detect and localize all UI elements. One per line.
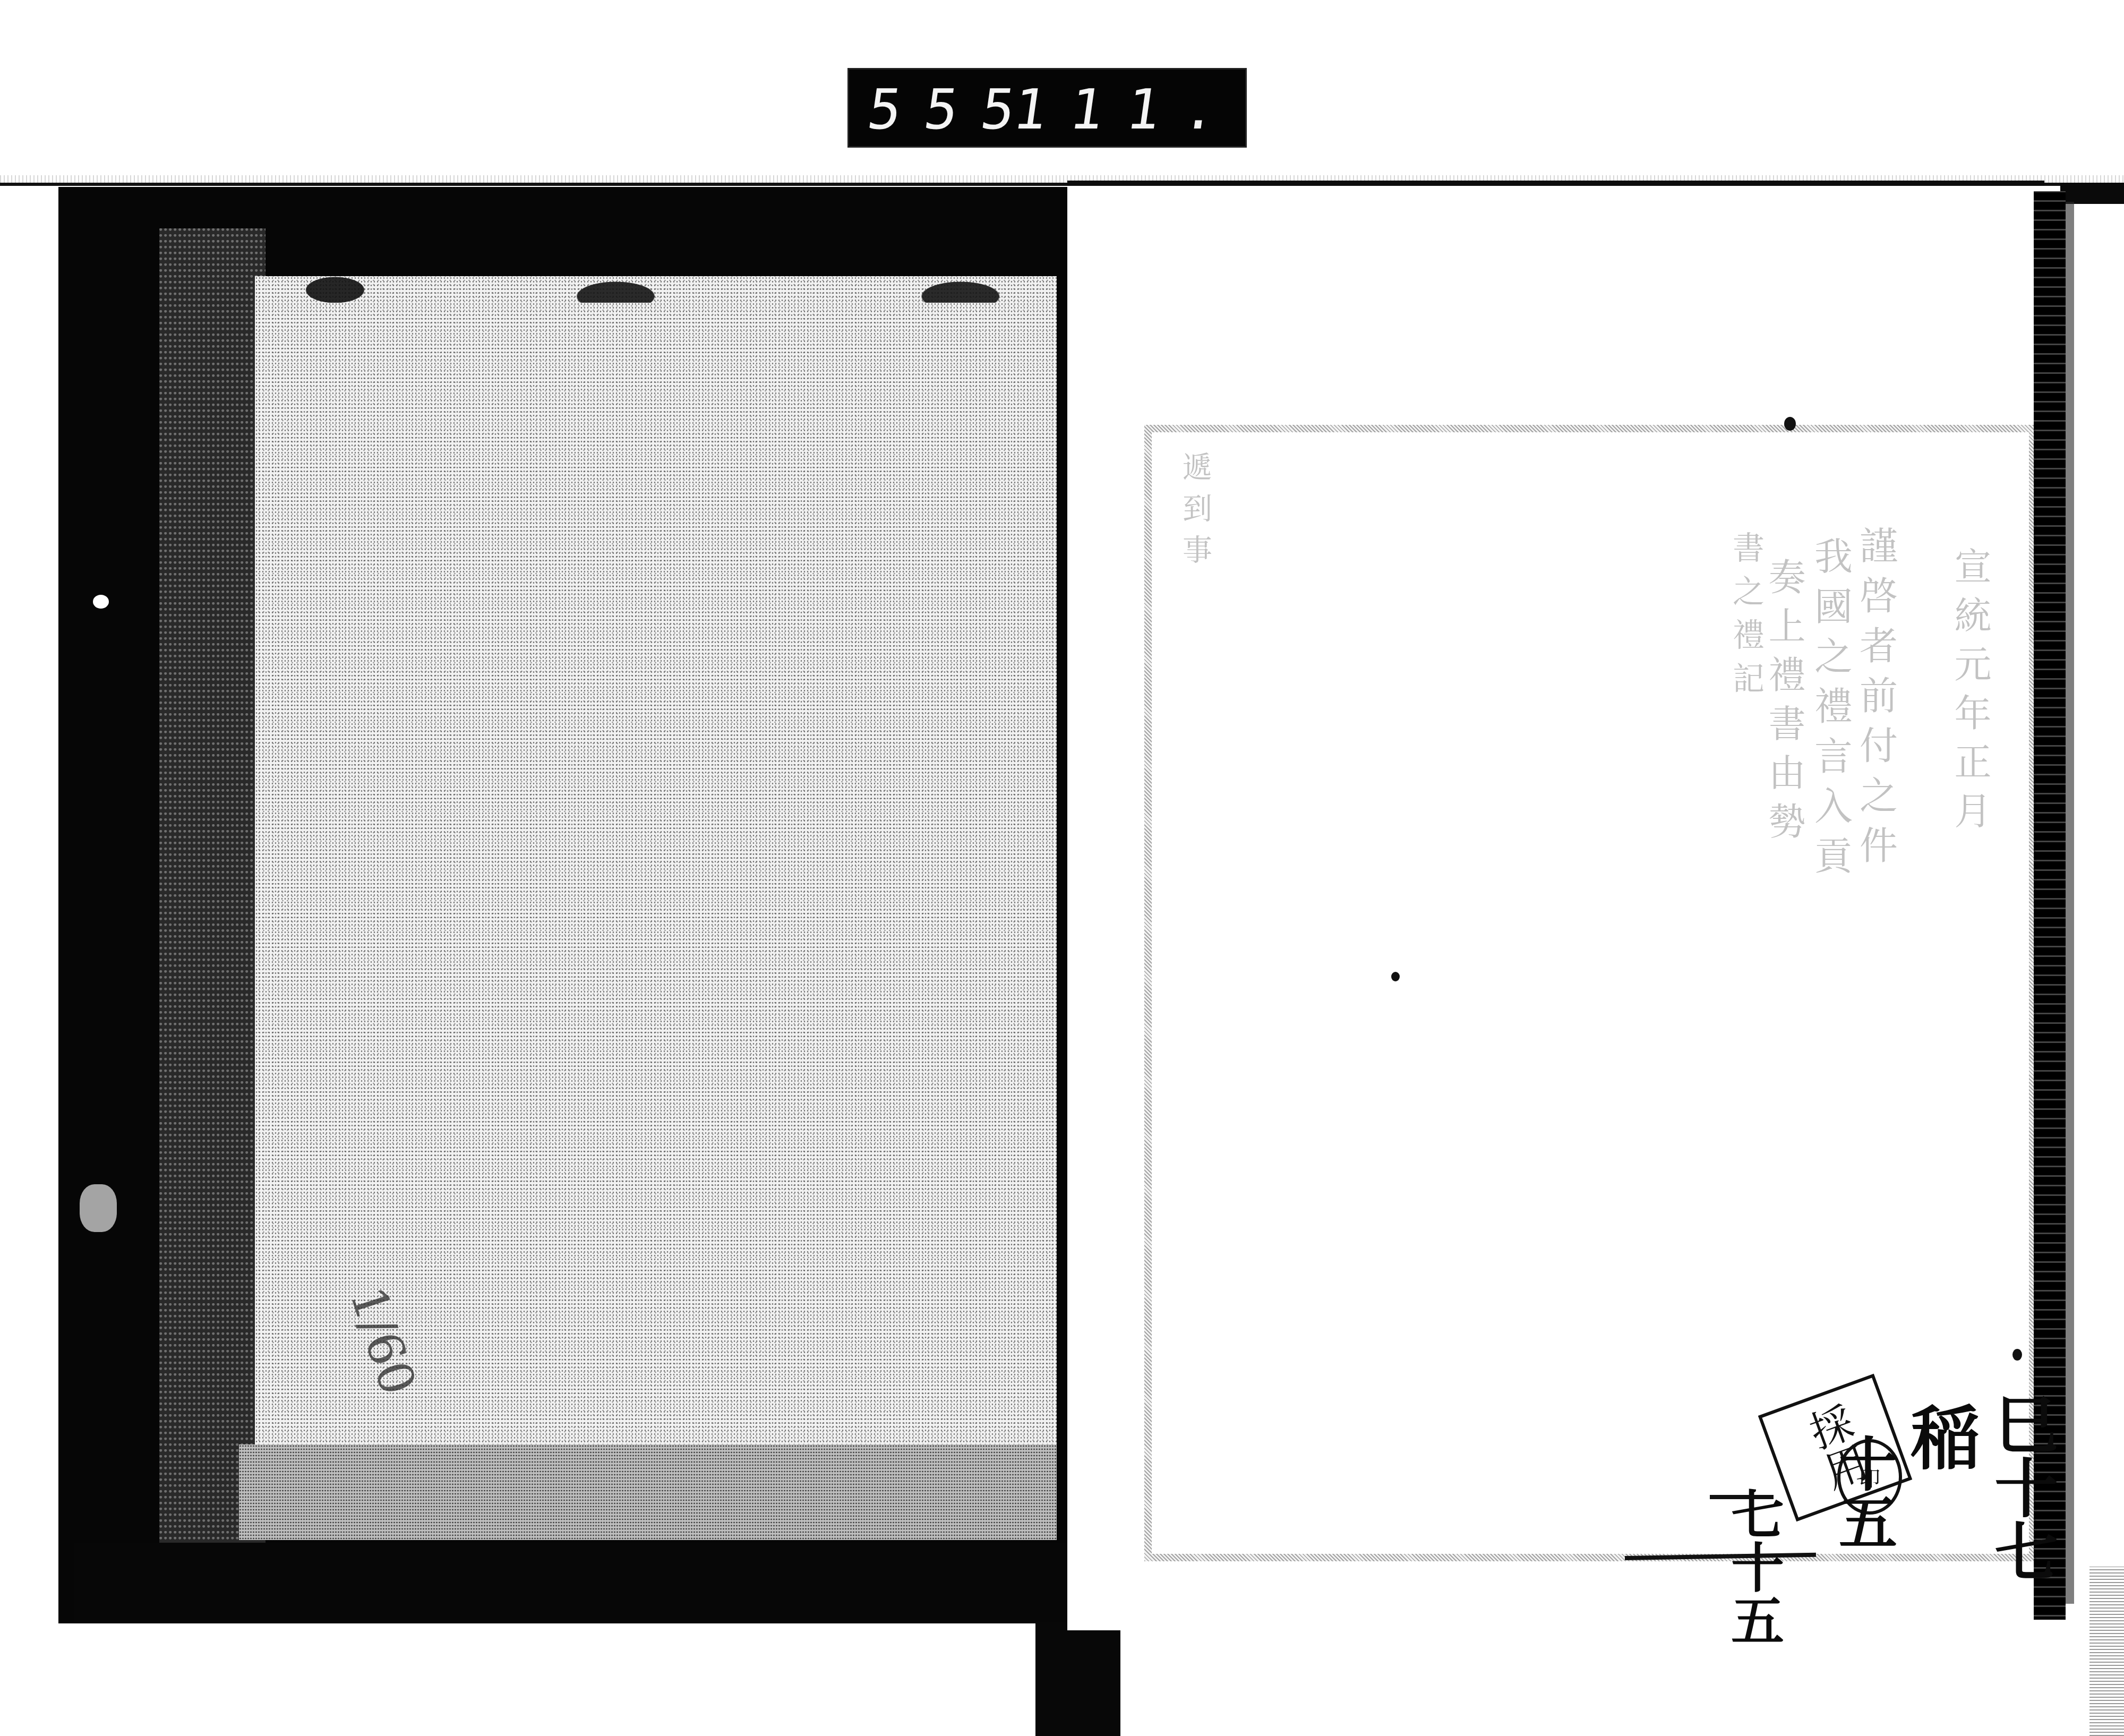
top-right-strip	[2060, 183, 2124, 204]
cover-edge-hole	[93, 595, 109, 609]
endpaper-bottom-strip	[239, 1444, 1057, 1540]
cover-bottom-band	[74, 1543, 1067, 1622]
endpaper-torn-top-edge	[255, 260, 1057, 303]
cover-endpaper	[255, 276, 1057, 1444]
handwritten-note-3: 十五	[1821, 1434, 1905, 1551]
cover-bottom-tab	[1035, 1622, 1120, 1736]
cover-inner-margin	[159, 228, 265, 1588]
ink-speck	[1784, 417, 1796, 431]
printed-column-1: 宣統元年正月	[1943, 547, 1997, 840]
cover-edge-wear	[80, 1184, 117, 1232]
printed-column-6: 遞到事	[1174, 451, 1216, 576]
printed-column-5: 書之禮記	[1723, 531, 1769, 705]
handwritten-note-4: 七十五	[1715, 1487, 1792, 1646]
ink-speck	[1391, 972, 1400, 981]
handwritten-note-2: 稲	[1890, 1402, 1990, 1471]
handwritten-stroke	[1710, 1495, 1774, 1499]
right-edge-stub	[2089, 1567, 2124, 1736]
frame-counter-label: 555 111.	[847, 68, 1247, 148]
ink-speck	[2012, 1349, 2022, 1361]
counter-right-digits: 111.	[1009, 77, 1245, 142]
page-fore-edge-shadow	[2066, 202, 2074, 1604]
